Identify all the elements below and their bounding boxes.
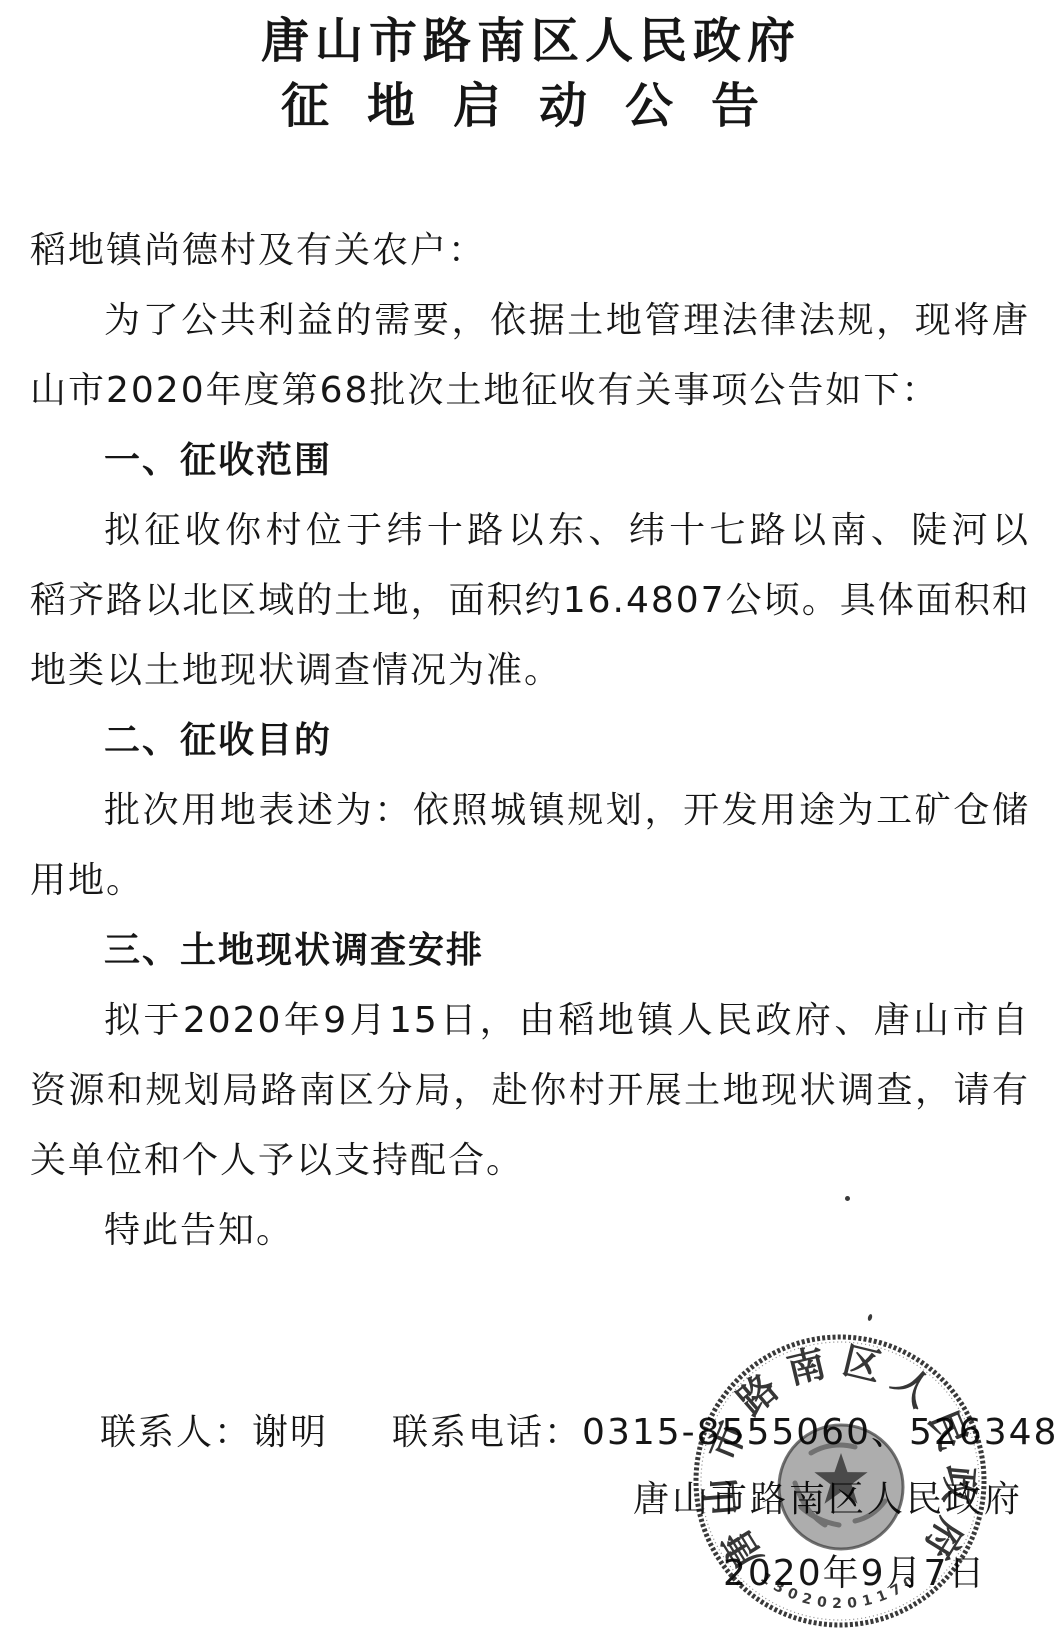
contact-person-name: 谢明 [252, 1412, 328, 1453]
contact-phone-label: 联系电话： [392, 1412, 582, 1453]
paragraph-line: 稻齐路以北区域的土地，面积约16.4807公顷。具体面积和 [30, 566, 1030, 636]
section-heading-1: 一、征收范围 [30, 426, 1030, 496]
svg-text:13020201170: 13020201170 [757, 1570, 922, 1612]
document-title-line2: 征地启动公告 [0, 72, 1058, 140]
scan-speck [845, 1196, 850, 1201]
paragraph-line: 拟征收你村位于纬十路以东、纬十七路以南、陡河以西、 [30, 496, 1030, 566]
paragraph-line: 资源和规划局路南区分局，赴你村开展土地现状调查，请有 [30, 1056, 1030, 1126]
official-seal: 唐山市路南区人民政府 13020201170 [690, 1331, 990, 1631]
document-title-line1: 唐山市路南区人民政府 [0, 10, 1058, 72]
paragraph-line: 山市2020年度第68批次土地征收有关事项公告如下： [30, 356, 1030, 426]
document-body: 稻地镇尚德村及有关农户： 为了公共利益的需要，依据土地管理法律法规，现将唐 山市… [0, 216, 1058, 1266]
paragraph-line: 为了公共利益的需要，依据土地管理法律法规，现将唐 [30, 286, 1030, 356]
section-heading-2: 二、征收目的 [30, 706, 1030, 776]
salutation: 稻地镇尚德村及有关农户： [30, 216, 1030, 286]
closing-line: 特此告知。 [30, 1196, 1030, 1266]
paragraph-line: 地类以土地现状调查情况为准。 [30, 636, 1030, 706]
document-title-block: 唐山市路南区人民政府 征地启动公告 [0, 0, 1058, 140]
paragraph-line: 用地。 [30, 846, 1030, 916]
scan-speck [867, 1314, 873, 1322]
scanned-notice-page: 唐山市路南区人民政府 征地启动公告 稻地镇尚德村及有关农户： 为了公共利益的需要… [0, 0, 1058, 1648]
seal-emblem [779, 1425, 903, 1549]
paragraph-line: 批次用地表述为：依照城镇规划，开发用途为工矿仓储 [30, 776, 1030, 846]
section-heading-3: 三、土地现状调查安排 [30, 916, 1030, 986]
paragraph-line: 拟于2020年9月15日，由稻地镇人民政府、唐山市自然 [30, 986, 1030, 1056]
paragraph-line: 关单位和个人予以支持配合。 [30, 1126, 1030, 1196]
contact-person-label: 联系人： [100, 1412, 252, 1453]
seal-code: 13020201170 [757, 1570, 922, 1612]
